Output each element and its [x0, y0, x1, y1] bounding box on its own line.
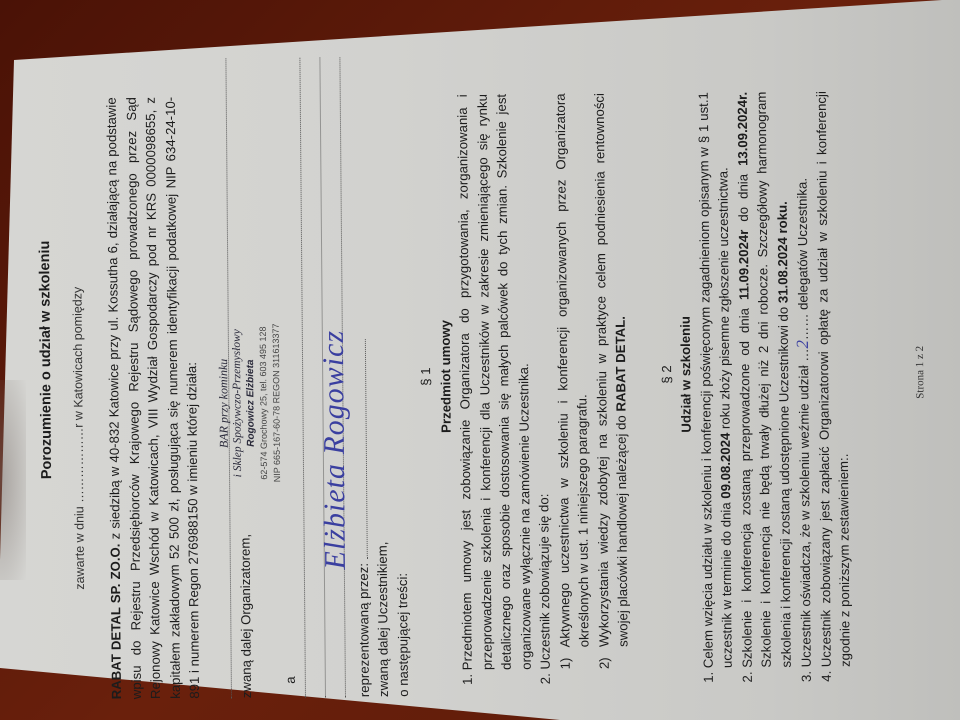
subitem-number: 1)	[555, 658, 575, 670]
section-2: § 2 Udział w szkoleniu Celem wzięcia udz…	[654, 53, 856, 695]
item-text: roku złoży pisemne zgłoszenie uczestnict…	[715, 167, 732, 429]
company-stamp: BAR przy kominku i Sklep Spożywczo-Przem…	[215, 318, 283, 489]
item-date: 31.08.2024 roku.	[774, 201, 790, 303]
item-text: Szkolenie i konferencja nie będą trwały …	[754, 92, 794, 668]
subitem-text: Aktywnego uczestnictwa w szkoleniu i kon…	[552, 93, 591, 647]
stamp-line-4: 62-574 Grochowy 25, tel. 603 495 128	[256, 318, 270, 488]
section-2-list: Celem wzięcia udziału w szkoleniu i konf…	[693, 91, 855, 694]
document-title: Porozumienie o udział w szkoleniu	[34, 60, 59, 700]
document-intro: zawarte w dniu ………………r w Katowicach pomi…	[66, 60, 90, 590]
item-date: 09.08.2024	[718, 433, 734, 499]
document-page: Porozumienie o udział w szkoleniu zawart…	[34, 52, 920, 700]
handwritten-signature: Elżbieta Rogowicz	[323, 309, 371, 569]
subitem-bold-text: RABAT DETAL.	[613, 316, 629, 412]
section-1-list: Przedmiotem umowy jest zobowiązanie Orga…	[453, 93, 634, 697]
represented-label: reprezentowaną przez:	[355, 563, 371, 697]
organizer-label: zwaną dalej Organizatorem,	[235, 534, 256, 698]
subitem-number: 2)	[594, 657, 614, 669]
section-1: § 1 Przedmiot umowy Przedmiotem umowy je…	[413, 55, 633, 697]
section-2-item: Uczestnik zobowiązany jest zapłacić Orga…	[811, 91, 855, 667]
company-name: RABAT DETAL SP. ZO.O.	[108, 544, 124, 700]
stamp-line-5: NIP 665-167-60-78 REGON 311613377	[269, 318, 283, 488]
section-1-item-text: Uczestnik zobowiązuje się do:	[536, 494, 553, 670]
section-1-subitem: 1) Aktywnego uczestnictwa w szkoleniu i …	[550, 93, 594, 647]
item-text: …… delegatów Uczestnika.	[794, 178, 810, 340]
stamp-line-2: i Sklep Spożywczo-Przemysłowy	[229, 318, 244, 488]
company-paragraph: RABAT DETAL SP. ZO.O. z siedzibą w 40-83…	[102, 97, 205, 700]
hand-shadow	[0, 380, 26, 580]
item-text: Szkolenie i konferencja zostaną przeprow…	[736, 308, 754, 668]
item-text: Uczestnik oświadcza, że w szkoleniu weźm…	[796, 348, 814, 667]
section-2-item: Szkolenie i konferencja zostaną przeprow…	[732, 91, 796, 667]
item-date: 13.09.2024r.	[734, 92, 750, 166]
section-1-sublist: 1) Aktywnego uczestnictwa w szkoleniu i …	[550, 93, 633, 670]
representative-block: reprezentowaną przez: Elżbieta Rogowicz …	[349, 57, 413, 697]
handwritten-number: 2	[793, 340, 812, 349]
section-1-item: Przedmiotem umowy jest zobowiązanie Orga…	[453, 94, 536, 671]
item-date: 11.09.2024r	[735, 230, 751, 301]
stamp-line-1: BAR przy kominku	[215, 318, 230, 488]
section-1-subitem: 2) Wykorzystania wiedzy zdobytej na szko…	[589, 93, 633, 647]
item-text: do dnia	[735, 174, 750, 222]
section-1-item: Uczestnik zobowiązuje się do: 1) Aktywne…	[531, 93, 634, 670]
section-2-item: Celem wzięcia udziału w szkoleniu i konf…	[693, 92, 737, 668]
